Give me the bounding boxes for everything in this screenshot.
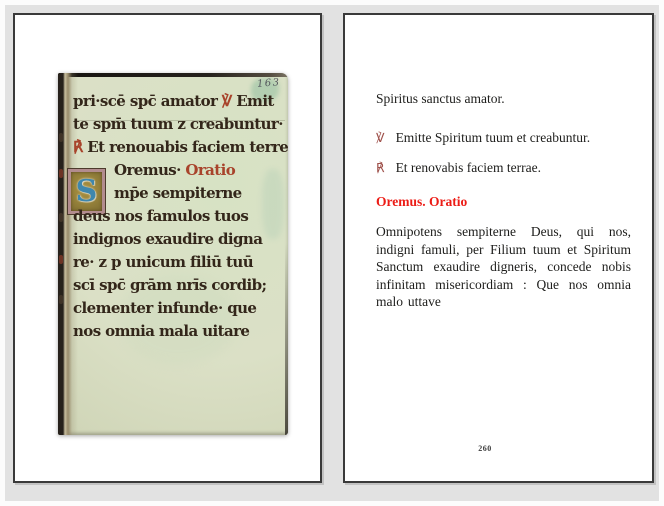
manuscript-photo: 163 S pri·scē spc̄ amator ℣ Emitte spm̄ … [58, 73, 288, 435]
prayer-text: Omnipotens sempiterne Deus, qui nos, ind… [376, 223, 631, 311]
manuscript-line: te spm̄ tuum z creabuntur· [73, 113, 285, 136]
versicle-icon: ℣ [376, 129, 385, 146]
manuscript-text-lines: pri·scē spc̄ amator ℣ Emitte spm̄ tuum z… [73, 90, 285, 343]
manuscript-line: nos omnia mala uitare [73, 320, 285, 343]
folio-number: 163 [257, 77, 281, 90]
book-right-edge [285, 243, 288, 435]
transcription-title: Spiritus sanctus amator. [376, 90, 631, 107]
response-icon: ℟ [376, 159, 385, 176]
manuscript-line: ℟ Et renouabis faciem terre [73, 136, 285, 159]
manuscript-line: re· z p unicum filiū tuū [73, 251, 285, 274]
manuscript-line: scī spc̄ grām nrīs cordib; [73, 274, 285, 297]
response-line: ℟ Et renovabis faciem terrae. [376, 159, 631, 176]
document-spread: 163 S pri·scē spc̄ amator ℣ Emitte spm̄ … [0, 0, 664, 506]
right-page: Spiritus sanctus amator. ℣ Emitte Spirit… [343, 13, 654, 483]
versicle-text: Emitte Spiritum tuum et creabuntur. [396, 129, 591, 146]
rubric-heading: Oremus. Oratio [376, 193, 631, 210]
versicle-line: ℣ Emitte Spiritum tuum et creabuntur. [376, 129, 631, 146]
manuscript-line: clementer infunde· que [73, 297, 285, 320]
manuscript-line: indignos exaudire digna [73, 228, 285, 251]
manuscript-line: Oremus· Oratio [114, 159, 285, 182]
manuscript-line: pri·scē spc̄ amator ℣ Emit [73, 90, 285, 113]
transcription-block: Spiritus sanctus amator. ℣ Emitte Spirit… [376, 15, 631, 311]
page-number: 260 [345, 444, 625, 453]
left-page: 163 S pri·scē spc̄ amator ℣ Emitte spm̄ … [13, 13, 322, 483]
manuscript-line: deus nos famulos tuos [73, 205, 285, 228]
manuscript-line: mp̄e sempiterne [114, 182, 285, 205]
book-top-edge [58, 73, 288, 77]
response-text: Et renovabis faciem terrae. [396, 159, 541, 176]
